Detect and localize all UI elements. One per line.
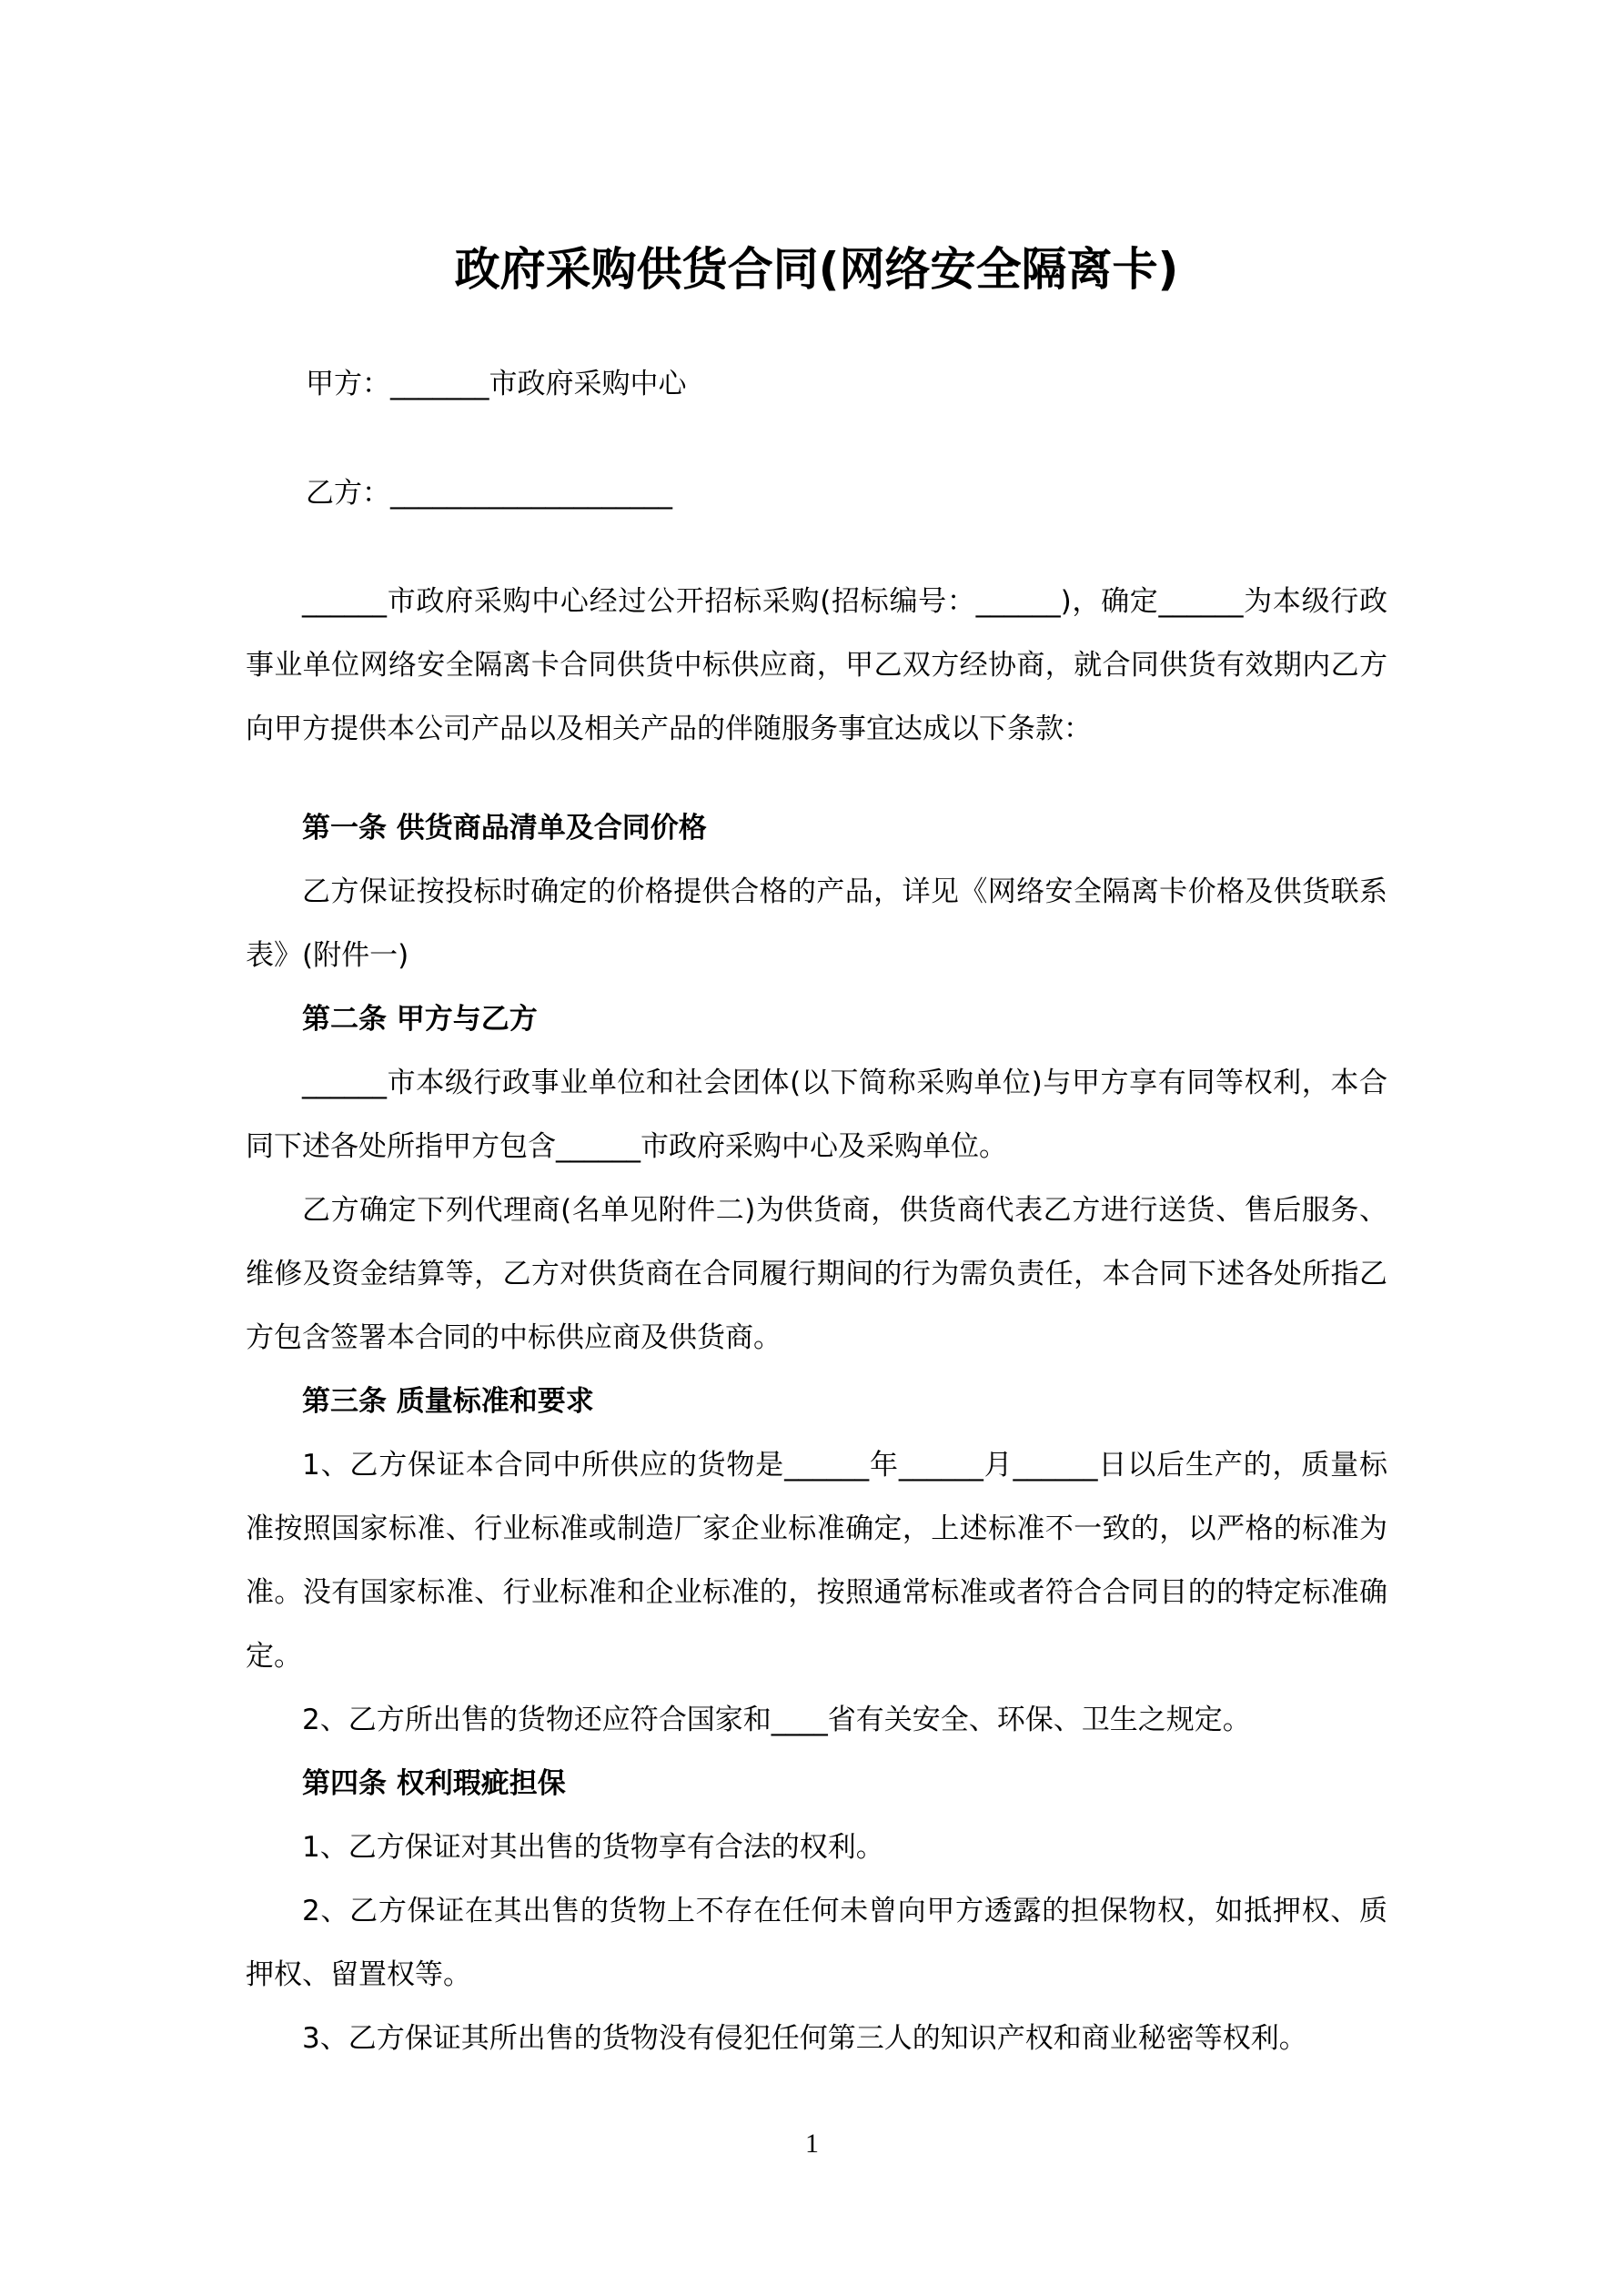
- section-paragraph: 3、乙方保证其所出售的货物没有侵犯任何第三人的知识产权和商业秘密等权利。: [246, 2007, 1387, 2070]
- section-paragraph: 2、乙方所出售的货物还应符合国家和____省有关安全、环保、卫生之规定。: [246, 1688, 1387, 1752]
- contract-sections: 第一条 供货商品清单及合同价格乙方保证按投标时确定的价格提供合格的产品，详见《网…: [246, 796, 1387, 2070]
- section-paragraph: ______市本级行政事业单位和社会团体(以下简称采购单位)与甲方享有同等权利，…: [246, 1051, 1387, 1178]
- party-b-label: 乙方：: [306, 477, 390, 510]
- document-page: 政府采购供货合同(网络安全隔离卡) 甲方：_______市政府采购中心 乙方：_…: [0, 0, 1624, 2296]
- section-heading: 第一条 供货商品清单及合同价格: [246, 796, 1387, 860]
- intro-paragraph: ______市政府采购中心经过公开招标采购(招标编号：______)，确定___…: [246, 570, 1387, 761]
- section-paragraph: 乙方保证按投标时确定的价格提供合格的产品，详见《网络安全隔离卡价格及供货联系表》…: [246, 860, 1387, 987]
- section-paragraph: 1、乙方保证对其出售的货物享有合法的权利。: [246, 1816, 1387, 1879]
- party-a-value: 市政府采购中心: [489, 368, 687, 400]
- document-title: 政府采购供货合同(网络安全隔离卡): [246, 238, 1387, 301]
- section-paragraph: 2、乙方保证在其出售的货物上不存在任何未曾向甲方透露的担保物权，如抵押权、质押权…: [246, 1879, 1387, 2007]
- section-heading: 第四条 权利瑕疵担保: [246, 1752, 1387, 1816]
- party-b-line: 乙方：____________________: [246, 461, 1387, 525]
- section-heading: 第二条 甲方与乙方: [246, 987, 1387, 1051]
- section-paragraph: 1、乙方保证本合同中所供应的货物是______年______月______日以后…: [246, 1433, 1387, 1688]
- document-content: 政府采购供货合同(网络安全隔离卡) 甲方：_______市政府采购中心 乙方：_…: [246, 0, 1387, 2070]
- party-b-blank: ____________________: [390, 477, 672, 510]
- party-a-label: 甲方：: [306, 368, 390, 400]
- section-heading: 第三条 质量标准和要求: [246, 1370, 1387, 1433]
- section-paragraph: 乙方确定下列代理商(名单见附件二)为供货商，供货商代表乙方进行送货、售后服务、维…: [246, 1178, 1387, 1370]
- party-a-line: 甲方：_______市政府采购中心: [246, 352, 1387, 416]
- party-a-blank: _______: [390, 368, 489, 400]
- page-number: 1: [0, 2128, 1624, 2160]
